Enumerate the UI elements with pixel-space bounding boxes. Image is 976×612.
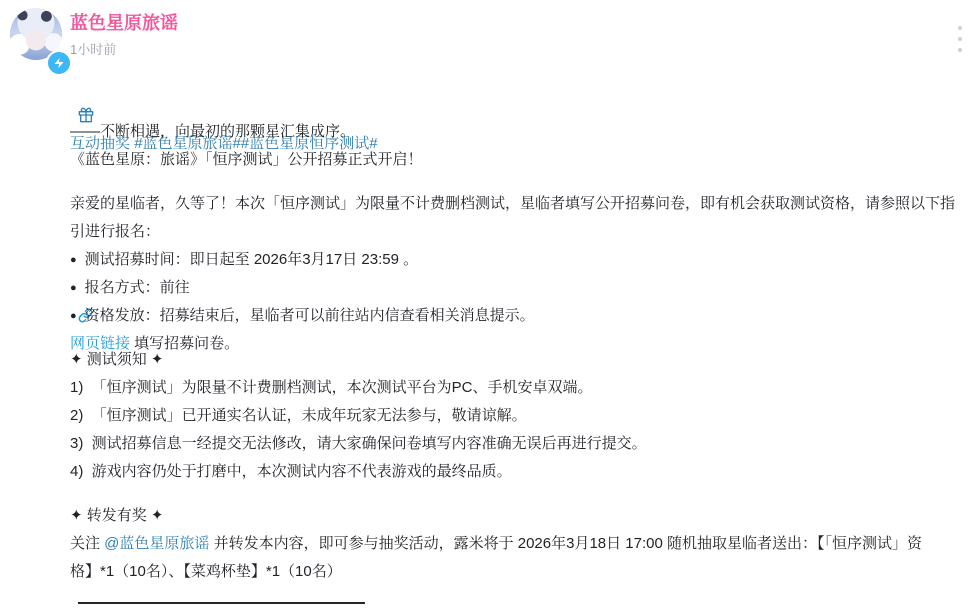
blank-line [70,486,976,502]
post-line: 互动抽奖 #蓝色星原旅谣##蓝色星原恒序测试# [70,74,976,102]
post-text: 《蓝色星原：旅谣》「恒序测试」公开招募正式开启！ [70,151,423,168]
post-text: 并转发本内容，即可参与抽奖活动，露米将于 2026年3月18日 17:00 随机… [209,535,922,552]
post-line: 亲爱的星临者，久等了！本次「恒序测试」为限量不计费删档测试，星临者填写公开招募问… [70,190,976,218]
blank-line [70,174,976,190]
post-line: 3) 测试招募信息一经提交无法修改，请大家确保问卷填写内容准确无误后再进行提交。 [70,430,976,458]
post-line: 引进行报名： [70,218,976,246]
lightning-icon [53,57,65,69]
mention-link[interactable]: @蓝色星原旅谣 [104,535,209,552]
more-options-button[interactable] [952,26,968,60]
post-text: 2) 「恒序测试」已开通实名认证，未成年玩家无法参与，敬请谅解。 [70,407,527,424]
blank-line [70,102,976,118]
post-text: 测试招募时间：即日起至 2026年3月17日 23:59 。 [85,251,418,268]
post-line: ●报名方式：前往 网页链接 填写招募问卷。 [70,274,976,302]
text-divider-line [78,602,365,604]
post-line: ✦ 转发有奖 ✦ [70,502,976,530]
post-text: 亲爱的星临者，久等了！本次「恒序测试」为限量不计费删档测试，星临者填写公开招募问… [70,195,955,212]
blank-line [70,586,976,602]
post-text: 资格发放：招募结束后，星临者可以前往站内信查看相关消息提示。 [85,307,535,324]
post-line: 2) 「恒序测试」已开通实名认证，未成年玩家无法参与，敬请谅解。 [70,402,976,430]
bullet-dot: ● [70,282,77,294]
post-line: ●资格发放：招募结束后，星临者可以前往站内信查看相关消息提示。 [70,302,976,330]
post-text: 引进行报名： [70,223,160,240]
bullet-dot: ● [70,254,77,266]
vertical-ellipsis-icon [958,37,962,41]
post-text: 格】*1（10名）、【菜鸡杯垫】*1（10名） [70,563,342,580]
bullet-dot: ● [70,310,77,322]
post-line: ●测试招募时间：即日起至 2026年3月17日 23:59 。 [70,246,976,274]
post-text: 3) 测试招募信息一经提交无法修改，请大家确保问卷填写内容准确无误后再进行提交。 [70,435,647,452]
post-text: 4) 游戏内容仍处于打磨中，本次测试内容不代表游戏的最终品质。 [70,463,512,480]
vertical-ellipsis-icon [958,26,962,30]
post-text: 关注 [70,535,104,552]
post-text: 报名方式：前往 [85,279,194,296]
post-timestamp: 1小时前 [70,39,116,58]
post-line: 4) 游戏内容仍处于打磨中，本次测试内容不代表游戏的最终品质。 [70,458,976,486]
post-text: ✦ 转发有奖 ✦ [70,507,163,524]
post-text: 1) 「恒序测试」为限量不计费删档测试，本次测试平台为PC、手机安卓双端。 [70,379,593,396]
avatar-wrap [10,8,66,72]
post-line: 格】*1（10名）、【菜鸡杯垫】*1（10名） [70,558,976,586]
post-line: ——不断相遇，向最初的那颗星汇集成序。 [70,118,976,146]
post-line: 《蓝色星原：旅谣》「恒序测试」公开招募正式开启！ [70,146,976,174]
vertical-ellipsis-icon [958,48,962,52]
username[interactable]: 蓝色星原旅谣 [70,12,178,34]
post-text: ✦ 测试须知 ✦ [70,351,163,368]
post-line: 1) 「恒序测试」为限量不计费删档测试，本次测试平台为PC、手机安卓双端。 [70,374,976,402]
post-content: 互动抽奖 #蓝色星原旅谣##蓝色星原恒序测试#——不断相遇，向最初的那颗星汇集成… [70,74,976,604]
official-badge [46,50,72,76]
post-text: ——不断相遇，向最初的那颗星汇集成序。 [70,123,355,140]
post-line: 关注 @蓝色星原旅谣 并转发本内容，即可参与抽奖活动，露米将于 2026年3月1… [70,530,976,558]
